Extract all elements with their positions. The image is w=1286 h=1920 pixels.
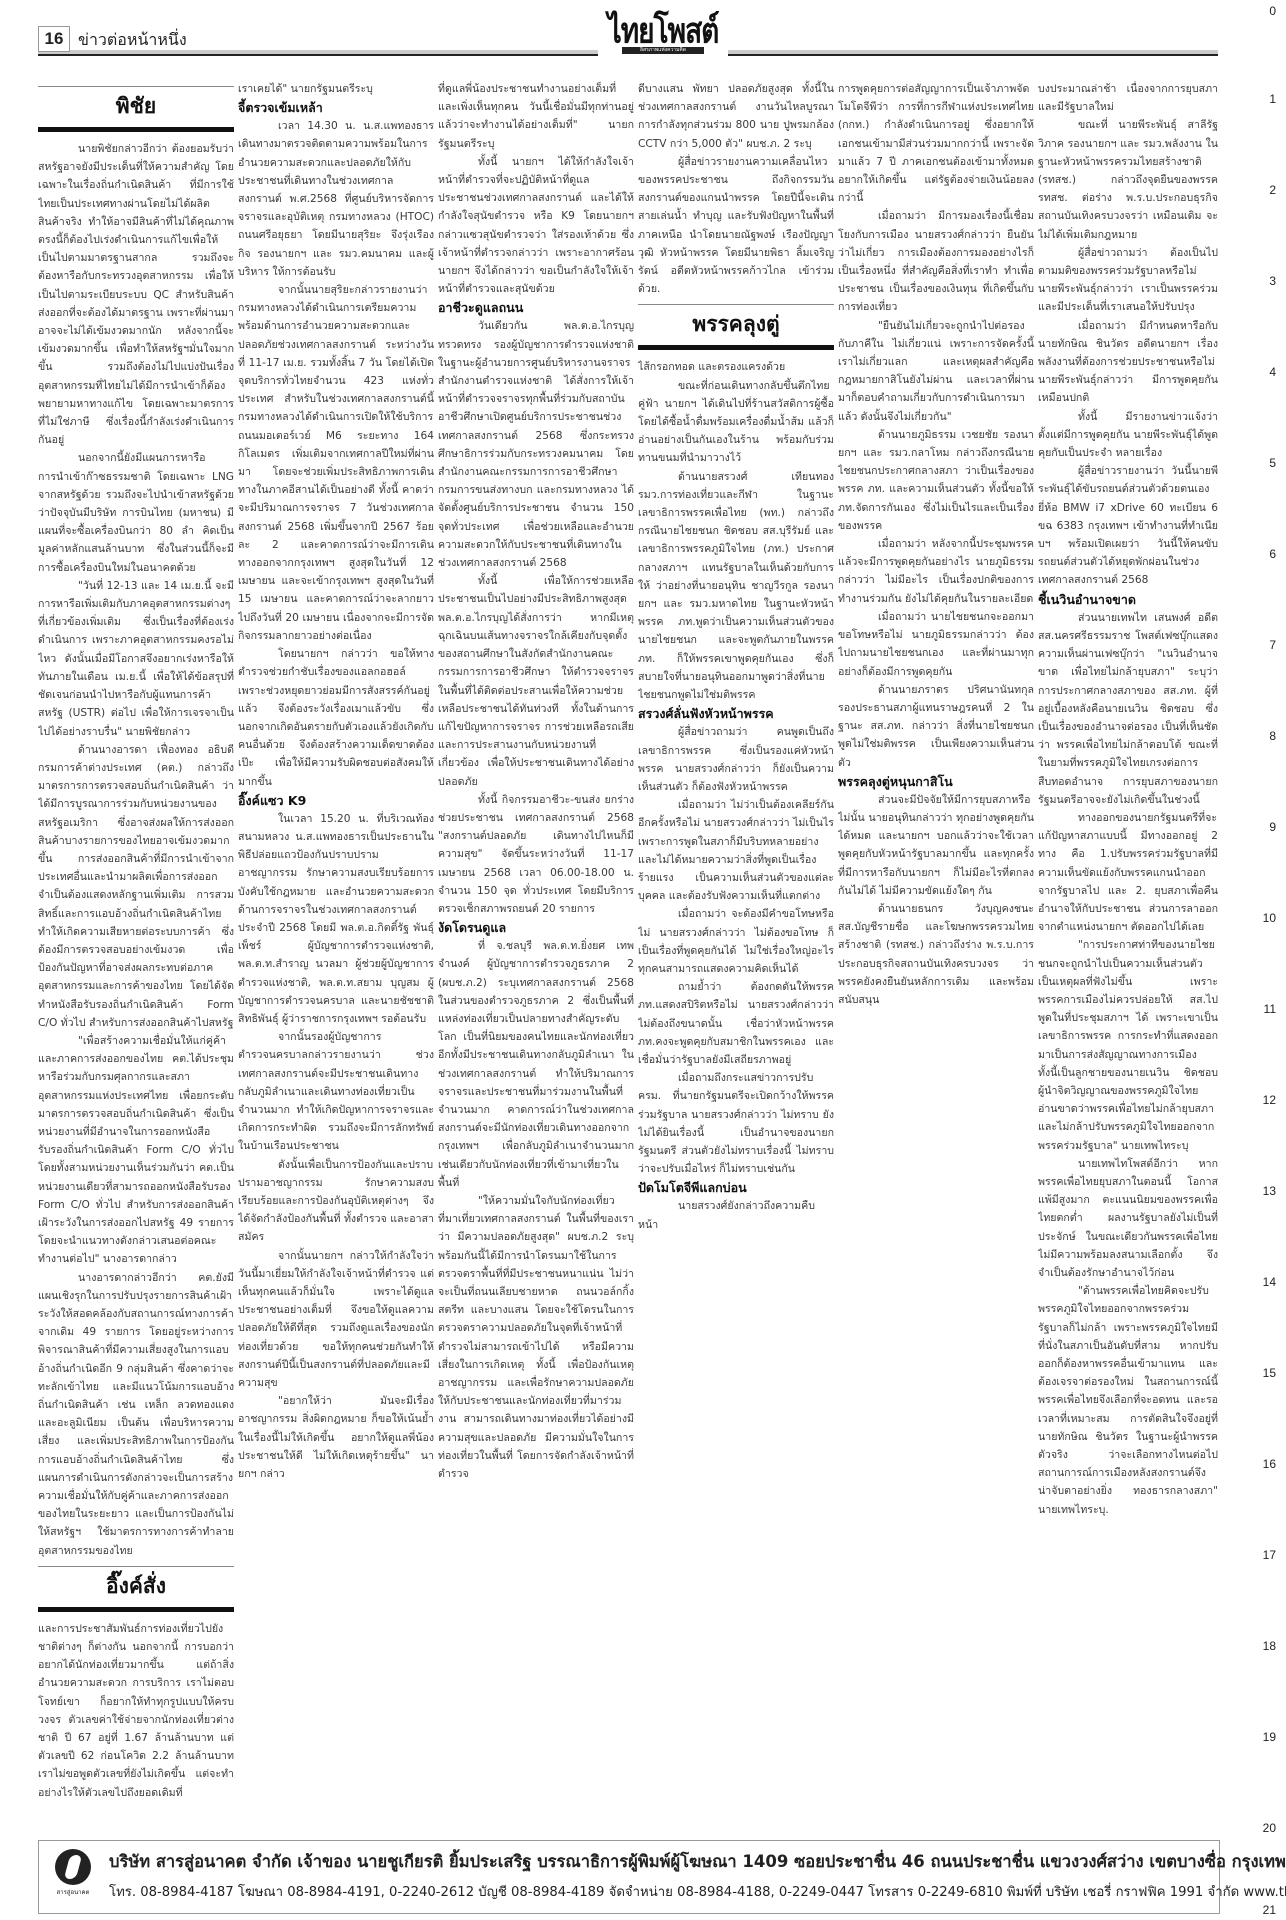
paragraph: ทั้งนี้ มีรายงานข่าวแจ้งว่า ตั้งแต่มีการ…: [1038, 408, 1218, 463]
margin-number: 0: [1269, 4, 1276, 18]
paragraph: ทั้งนี้ นายกฯ ได้ให้กำลังใจเจ้าหน้าที่ตำ…: [438, 153, 634, 299]
paragraph: ทั้งนี้ กิจกรรมอาชีวะ-ขนส่ง ยกร่าง ช่วยป…: [438, 791, 634, 918]
margin-number: 7: [1269, 638, 1276, 652]
margin-number: 15: [1263, 1366, 1276, 1380]
section-title: ข่าวต่อหน้าหนึ่ง: [78, 28, 187, 53]
paragraph: บงประมาณล่าช้า เนื่องจากการยุบสภาและมีรั…: [1038, 80, 1218, 116]
paragraph: จากนั้นรองผู้บัญชาการตำรวจนครบาลกล่าวราย…: [238, 1028, 434, 1155]
paragraph: จากนั้นนายกฯ กล่าวให้กำลังใจว่า วันนี้มา…: [238, 1247, 434, 1393]
column-2: เราเคยได้" นายกรัฐมนตรีระบุ จี้ตรวจเข้มเ…: [238, 80, 434, 1810]
margin-number: 5: [1269, 456, 1276, 470]
subheading-liquor-check: จี้ตรวจเข้มเหล้า: [238, 98, 434, 117]
paragraph: "ยืนยันไม่เกี่ยวจะถูกนำไปต่อรองกับภาคีใน…: [838, 317, 1034, 426]
publisher-logo: สารสู่อนาคต: [51, 1849, 95, 1905]
paragraph: เราเคยได้" นายกรัฐมนตรีระบุ: [238, 80, 434, 98]
paragraph: ที่ จ.ชลบุรี พล.ต.ท.ยิ่งยศ เทพจำนงค์ ผู้…: [438, 937, 634, 1192]
margin-number: 11: [1264, 1002, 1276, 1016]
page-number: 16: [38, 26, 70, 52]
paragraph: ขณะที่ นายพีระพันธุ์ สาลีรัฐวิภาค รองนาย…: [1038, 116, 1218, 243]
paragraph: ถามย้ำว่า ต้องกดดันให้พรรค ภท.แสดงสปิริต…: [638, 978, 834, 1069]
paragraph: ดีบางแสน พัทยา ปลอดภัยสูงสุด ทั้งนี้ในช่…: [638, 80, 834, 153]
paragraph: วันเดียวกัน พล.ต.อ.ไกรบุญ ทรวดทรง รองผู้…: [438, 317, 634, 572]
margin-number: 1: [1269, 92, 1276, 106]
paragraph: ดังนั้นเพื่อเป็นการป้องกันและปราบปรามอาช…: [238, 1156, 434, 1247]
paragraph: เมื่อถามว่า มีการมองเรื่องนี้เชื่อมโยงกั…: [838, 207, 1034, 316]
paragraph: "ให้ความมั่นใจกับนักท่องเที่ยวที่มาเที่ย…: [438, 1192, 634, 1483]
subheading-newin: ชี้เนวินอำนาจขาด: [1038, 590, 1218, 609]
publisher-imprint: สารสู่อนาคต บริษัท สารสู่อนาคต จำกัด เจ้…: [38, 1840, 1220, 1914]
paragraph: "การประกาศท่าทีของนายไชยชนกจะถูกนำไปเป็น…: [1038, 936, 1218, 1154]
paragraph: เมื่อถามว่า นายไชยชนกจะออกมาขอโทษหรือไม่…: [838, 608, 1034, 681]
paragraph: ด้านนายภูมิธรรม เวชยชัย รองนายกฯ และ รมว…: [838, 426, 1034, 535]
paragraph: ด้านนายสรวงศ์ เทียนทอง รมว.การท่องเที่ยว…: [638, 468, 834, 705]
margin-number: 17: [1263, 1548, 1276, 1562]
subheading-motogp: ปัดโมโตจีพีแลกบ่อน: [638, 1178, 834, 1197]
margin-number: 4: [1269, 365, 1276, 379]
paragraph: นายเทพไทโพสต์อีกว่า หากพรรคเพื่อไทยยุบสภ…: [1038, 1155, 1218, 1282]
paragraph: ส่วนจะมีปัจจัยให้มีการยุบสภาหรือไม่นั้น …: [838, 791, 1034, 900]
paragraph: โดยนายกฯ กล่าวว่า ขอให้ทางตำรวจช่วยกำชับ…: [238, 645, 434, 791]
section-heading-lung-tu-party: พรรคลุงตู่: [638, 304, 834, 350]
margin-number: 12: [1263, 1093, 1276, 1107]
paragraph: "ด้านพรรคเพื่อไทยคิดจะปรับพรรคภูมิใจไทยอ…: [1038, 1282, 1218, 1519]
paragraph: ขณะที่ก่อนเดินทางกลับขึ้นตึกไทยคู่ฟ้า นา…: [638, 377, 834, 468]
paragraph: นอกจากนี้ยังมีแผนการหารือการนำเข้าก๊าซธร…: [38, 449, 234, 576]
paragraph: การพูดคุยการต่อสัญญาการเป็นเจ้าภาพจัดโมโ…: [838, 80, 1034, 207]
margin-number: 16: [1263, 1457, 1276, 1471]
subheading-k9: อิ๊งค์แซว K9: [238, 791, 434, 810]
subheading-drone: งัดโดรนดูแล: [438, 918, 634, 937]
paragraph: ทางออกของนายกรัฐมนตรีที่จะแก้ปัญหาสภาแบบ…: [1038, 809, 1218, 936]
margin-number: 19: [1263, 1730, 1276, 1744]
paragraph: เวลา 14.30 น. น.ส.แพทองธาร เดินทางมาตรวจ…: [238, 117, 434, 281]
paragraph: ที่ดูแลพี่น้องประชาชนทำงานอย่างเต็มที่ แ…: [438, 80, 634, 153]
logo-wordmark: ไทยโพสต์: [608, 12, 719, 50]
paragraph: ส่วนนายเทพไท เสนพงศ์ อดีต สส.นครศรีธรรมร…: [1038, 609, 1218, 809]
column-6: บงประมาณล่าช้า เนื่องจากการยุบสภาและมีรั…: [1038, 80, 1218, 1810]
margin-number: 6: [1269, 547, 1276, 561]
subheading-vocational: อาชีวะดูแลถนน: [438, 298, 634, 317]
paragraph: นางอารดากล่าวอีกว่า คต.ยังมีแผนเชิงรุกใน…: [38, 1269, 234, 1560]
paragraph: ผู้สื่อข่าวถามว่า คนพูดเป็นถึงเลขาธิการพ…: [638, 723, 834, 796]
paragraph: จากนั้นนายสุริยะกล่าวรายงานว่า กรมทางหลว…: [238, 281, 434, 645]
paragraph: เมื่อถามว่า ไม่ว่าเป็นต้องเคลียร์กันอีกค…: [638, 796, 834, 905]
paragraph: "วันที่ 12-13 และ 14 เม.ย.นี้ จะมีการหาร…: [38, 577, 234, 741]
paragraph: ด้านนายธนกร วังบุญคงชนะ สส.บัญชีรายชื่อ …: [838, 900, 1034, 1009]
margin-number: 10: [1263, 911, 1276, 925]
margin-number: 14: [1263, 1275, 1276, 1289]
paragraph: "เพื่อสร้างความเชื่อมั่นให้แก่คู่ค้าและภ…: [38, 1032, 234, 1269]
imprint-line-2: โทร. 08-8984-4187 โฆษณา 08-8984-4191, 0-…: [109, 1881, 1286, 1902]
paragraph: นายสรวงศ์ยังกล่าวถึงความคืบหน้า: [638, 1197, 834, 1233]
article-columns: พิชัย นายพิชัยกล่าวอีกว่า ต้องยอมรับว่าส…: [38, 80, 1218, 1810]
publisher-logo-caption: สารสู่อนาคต: [51, 1887, 95, 1897]
paragraph: ผู้สื่อข่าวรายงานว่า วันนี้นายพีระพันธุ์…: [1038, 462, 1218, 589]
subheading-sorawong: สรวงศ์ลั่นฟังหัวหน้าพรรค: [638, 704, 834, 723]
paragraph: ด้านนายภราดร ปริศนานันทกุล รองประธานสภาผ…: [838, 681, 1034, 772]
section-heading-pichai: พิชัย: [38, 86, 234, 132]
margin-line-numbers: 0 1 2 3 4 5 6 7 8 9 10 11 12 13 14 15 16…: [1246, 0, 1276, 1920]
paragraph: เมื่อถามว่า หลังจากนี้ประชุมพรรคแล้วจะมี…: [838, 535, 1034, 608]
section-heading-ing-sang: อิ๊งค์สั่ง: [38, 1566, 234, 1612]
paragraph: ด้านนางอารดา เฟื่องทอง อธิบดีกรมการค้าต่…: [38, 741, 234, 1032]
paragraph: ไส้กรอกทอด และตรองแครงด้วย: [638, 358, 834, 376]
paragraph: ผู้สื่อข่าวถามว่า ต้องเป็นไปตามมติของพรร…: [1038, 244, 1218, 317]
subheading-casino: พรรคลุงตู่หนุนกาสิโน: [838, 772, 1034, 791]
margin-number: 3: [1269, 274, 1276, 288]
imprint-line-1: บริษัท สารสู่อนาคต จำกัด เจ้าของ นายชูเก…: [109, 1849, 1286, 1875]
margin-number: 9: [1269, 820, 1276, 834]
paragraph: เมื่อถามถึงกระแสข่าวการปรับ ครม. ที่นายก…: [638, 1069, 834, 1178]
paragraph: และการประชาสัมพันธ์การท่องเที่ยวไปยังชาต…: [38, 1620, 234, 1802]
paragraph: เมื่อถามว่า มีกำหนดหารือกับนายทักษิณ ชิน…: [1038, 317, 1218, 408]
column-5: การพูดคุยการต่อสัญญาการเป็นเจ้าภาพจัดโมโ…: [838, 80, 1034, 1810]
paragraph: "อยากให้ว่า มันจะมีเรื่องอาชญากรรม สิ่งผ…: [238, 1392, 434, 1483]
paragraph: ทั้งนี้ เพื่อให้การช่วยเหลือประชาชนเป็นไ…: [438, 572, 634, 790]
margin-number: 8: [1269, 729, 1276, 743]
margin-number: 13: [1263, 1184, 1276, 1198]
column-4: ดีบางแสน พัทยา ปลอดภัยสูงสุด ทั้งนี้ในช่…: [638, 80, 834, 1810]
column-1: พิชัย นายพิชัยกล่าวอีกว่า ต้องยอมรับว่าส…: [38, 80, 234, 1810]
margin-number: 20: [1263, 1821, 1276, 1835]
margin-number: 2: [1269, 183, 1276, 197]
margin-number: 21: [1263, 1903, 1276, 1917]
paragraph: นายพิชัยกล่าวอีกว่า ต้องยอมรับว่าสหรัฐอา…: [38, 140, 234, 449]
publisher-logo-icon: [55, 1849, 91, 1885]
paragraph: ในเวลา 15.20 น. ที่บริเวณท้องสนามหลวง น.…: [238, 810, 434, 1028]
page-header: 16 ข่าวต่อหน้าหนึ่ง ไทยโพสต์ อิสรภาพแห่ง…: [38, 26, 1218, 56]
paragraph: เมื่อถามว่า จะต้องมีคำขอโทษหรือไม่ นายสร…: [638, 905, 834, 978]
margin-number: 18: [1263, 1639, 1276, 1653]
column-3: ที่ดูแลพี่น้องประชาชนทำงานอย่างเต็มที่ แ…: [438, 80, 634, 1810]
newspaper-logo: ไทยโพสต์ อิสรภาพแห่งความคิด: [598, 16, 728, 58]
paragraph: ผู้สื่อข่าวรายงานความเคลื่อนไหวของพรรคปร…: [638, 153, 834, 299]
